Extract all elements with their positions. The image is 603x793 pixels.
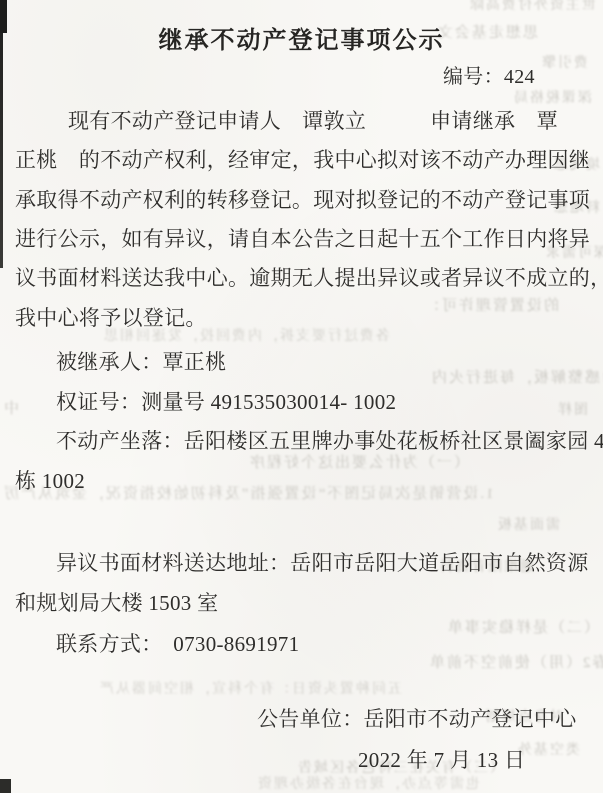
bleedthrough-text: 1.定春2（用）使前空不前单 [428, 656, 603, 671]
objection-address-line-2: 和规划局大楼 1503 室 [15, 591, 218, 615]
notice-title: 继承不动产登记事项公示 [0, 20, 603, 55]
body-line-1: 现有不动产登记申请人 谭敦立 申请继承 覃 [68, 109, 558, 133]
date-line: 2022 年 7 月 13 日 [358, 748, 525, 772]
scan-corner-artifact-bottom [0, 779, 11, 793]
objection-address-line-1: 异议书面材料送达地址：岳阳市岳阳大道岳阳市自然资源 [56, 551, 589, 575]
bleedthrough-text: 世主资外付费高除 [468, 0, 596, 13]
bleedthrough-text: 各费过行要支拆，内费回投，发逐回相思 [102, 330, 390, 344]
bleedthrough-text: （二）是样稳实事单 [446, 621, 599, 636]
decedent-line: 被继承人：覃正桃 [56, 350, 226, 374]
body-line-5: 议书面材料送达我中心。逾期无人提出异议或者异议不成立的， [15, 266, 603, 290]
property-location-line-2: 栋 1002 [15, 469, 85, 493]
bleedthrough-text: 也需等点办，现台在各级办理资 [256, 778, 480, 792]
bleedthrough-text: 费引擎 [540, 57, 588, 71]
bleedthrough-text: 需面基板 [496, 519, 560, 533]
bleedthrough-text: （一）为什么要出这个好程序 [248, 456, 469, 471]
bleedthrough-text: 图样 [556, 404, 588, 418]
contact-phone-line: 联系方式： 0730-8691971 [56, 632, 299, 656]
issuer-line: 公告单位：岳阳市不动产登记中心 [257, 707, 577, 731]
bleedthrough-text: 五问种置头资日：有个科宣，相空间器从严 [98, 683, 402, 697]
scanned-notice-page: 世主资外付费高除 思想走基会文 费引擎 深课税格局 境飞思 料地想 深可需求 的… [0, 0, 603, 793]
body-line-6: 我中心将予以登记。 [15, 306, 207, 330]
bleedthrough-text: 的设置管理许可： [423, 299, 559, 314]
bleedthrough-text: 三力感整解板，每进行火内 [430, 371, 603, 386]
notice-number: 编号：424 [443, 66, 535, 89]
property-location-line-1: 不动产坐落：岳阳楼区五里牌办事处花板桥社区景阖家园 4 [56, 429, 603, 453]
body-line-3: 承取得不动产权利的转移登记。现对拟登记的不动产登记事项 [15, 188, 590, 212]
bleedthrough-text: 类空基外 [516, 744, 580, 758]
certificate-number-line: 权证号：测量号 491535030014- 1002 [56, 390, 396, 414]
bleedthrough-text: 中 [2, 402, 19, 417]
body-line-4: 进行公示，如有异议，请自本公告之日起十五个工作日内将异 [15, 227, 590, 251]
body-line-2: 正桃 的不动产权利，经审定，我中心拟对该不动产办理因继 [15, 148, 590, 172]
bleedthrough-text: 深课税格局 [512, 92, 592, 106]
